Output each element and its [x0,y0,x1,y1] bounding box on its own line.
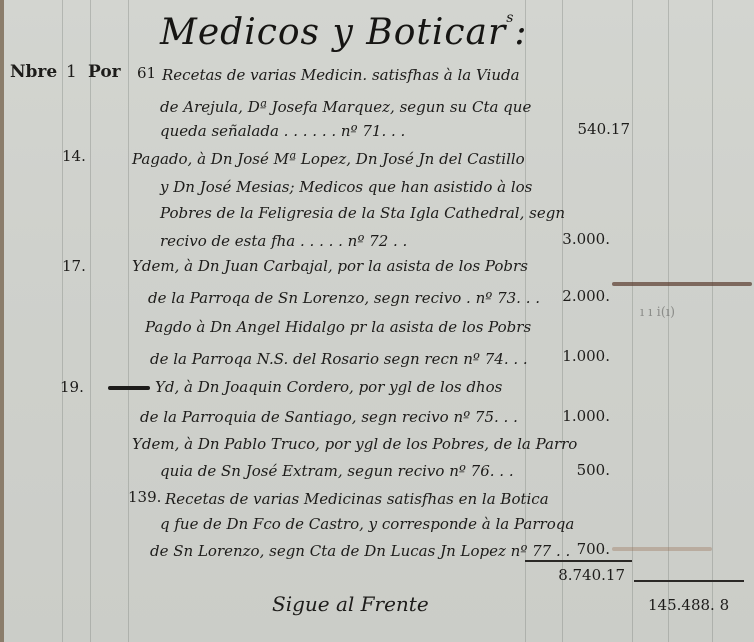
ruled-column-line [90,0,91,642]
entry-line: Recetas de varias Medicinas satisfhas en… [165,490,549,508]
stain-mark [612,547,712,551]
entry-day: 19. [60,378,84,396]
entry-line: Yd, à Dn Joaquin Cordero, por ygl de los… [155,378,502,396]
entry-line: Pagdo à Dn Angel Hidalgo pr la asista de… [145,318,531,336]
by-label: Por [88,62,121,82]
ruled-column-line [62,0,63,642]
entry-line: y Dn José Mesias; Medicos que han asisti… [160,178,532,196]
entry-quantity: 139. [128,488,161,506]
carry-forward-label: Sigue al Frente [272,592,429,616]
entry-amount: 2.000. [520,287,610,305]
ruled-column-line [128,0,129,642]
entry-line: Pobres de la Feligresia de la Sta Igla C… [160,204,565,222]
ink-stain [612,282,752,286]
entry-line: de Arejula, Dª Josefa Marquez, segun su … [160,98,531,116]
entry-amount: 500. [520,461,610,479]
month-label: Nbre [10,62,57,82]
ruled-column-line [668,0,669,642]
page-binding-edge [0,0,4,642]
ledger-page: Medicos y Boticars: Nbre 1 Por 61 Receta… [0,0,754,642]
entry-line: de la Parroqa N.S. del Rosario segn recn… [150,350,528,368]
entry-line: q fue de Dn Fco de Castro, y corresponde… [160,515,574,533]
page-title-text: Medicos y Boticar [160,12,506,53]
entry-amount: 540.17 [540,120,630,138]
total-rule [634,580,744,582]
page-subtotal: 8.740.17 [535,566,625,584]
entry-line: Ydem, à Dn Juan Carbajal, por la asista … [132,257,528,275]
running-total: 145.488. 8 [648,596,748,614]
entry-line: Pagado, à Dn José Mª Lopez, Dn José Jn d… [132,150,525,168]
entry-line: de Sn Lorenzo, segn Cta de Dn Lucas Jn L… [150,542,570,560]
entry-quantity: 61 [137,64,156,82]
entry-amount: 700. [520,540,610,558]
entry-line: quia de Sn José Extram, segun recivo nº … [160,462,514,480]
ink-strike [108,386,150,390]
entry-line: de la Parroqa de Sn Lorenzo, segn recivo… [148,289,540,307]
subtotal-rule [525,560,632,562]
ruled-column-line [712,0,713,642]
page-title: Medicos y Boticars: [160,10,528,53]
entry-amount: 1.000. [520,347,610,365]
entry-line: de la Parroquia de Santiago, segn recivo… [140,408,518,426]
entry-day: 14. [62,147,86,165]
entry-line: queda señalada . . . . . . nº 71. . . [160,122,405,140]
entry-day: 17. [62,257,86,275]
entry-amount: 3.000. [520,230,610,248]
entry-amount: 1.000. [520,407,610,425]
header-separator: 1 [66,62,77,82]
ruled-column-line [632,0,633,642]
entry-line: recivo de esta fha . . . . . nº 72 . . [160,232,407,250]
entry-line: Ydem, à Dn Pablo Truco, por ygl de los P… [132,435,577,453]
faint-bleedthrough: ı ı i(ı) [640,305,675,320]
entry-line: Recetas de varias Medicin. satisfhas à l… [162,66,520,84]
